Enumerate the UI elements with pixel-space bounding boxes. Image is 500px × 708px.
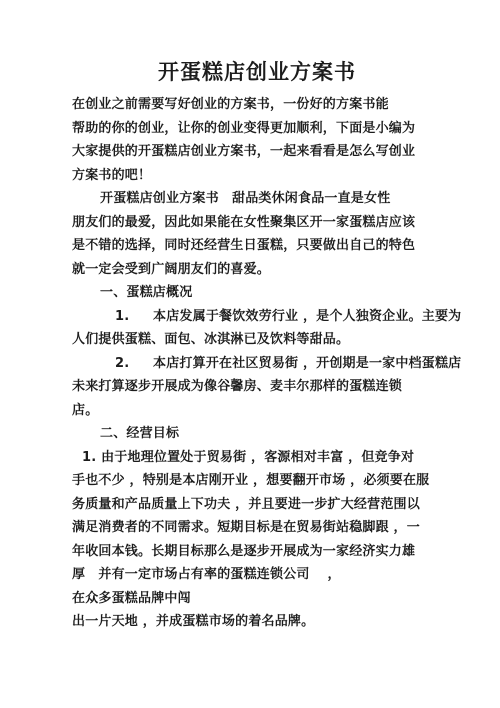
doc-line: 2. 本店打算开在社区贸易街 ，开创期是一家中档蛋糕店 xyxy=(72,352,418,376)
doc-line: 1. 由于地理位置处于贸易街 ，客源相对丰富 ，但竞争对 xyxy=(72,446,418,470)
doc-line: 是不错的选择，同时还经营生日蛋糕，只要做出自己的特色 xyxy=(72,234,418,258)
doc-line: 开蛋糕店创业方案书 甜品类休闲食品一直是女性 xyxy=(72,187,418,211)
doc-line: 满足消费者的不同需求。短期目标是在贸易街站稳脚跟 ，一 xyxy=(72,516,418,540)
doc-line: 出一片天地 ，并成蛋糕市场的着名品牌。 xyxy=(72,610,418,634)
doc-line: 大家提供的开蛋糕店创业方案书，一起来看看是怎么写创业 xyxy=(72,140,418,164)
doc-line: 帮助的你的创业，让你的创业变得更加顺利，下面是小编为 xyxy=(72,117,418,141)
document-title: 开蛋糕店创业方案书 xyxy=(84,58,430,86)
doc-line: 在众多蛋糕品牌中闯 xyxy=(72,587,418,611)
doc-line: 手也不少 ，特别是本店刚开业 ，想要翻开市场 ，必须要在服 xyxy=(72,469,418,493)
doc-line: 就一定会受到广阔朋友们的喜爱。 xyxy=(72,258,418,282)
doc-line: 方案书的吧！ xyxy=(72,164,418,188)
doc-line: 1. 本店发属于餐饮效劳行业 ，是个人独资企业。主要为 xyxy=(72,305,418,329)
doc-line: 人们提供蛋糕、面包、冰淇淋已及饮料等甜品。 xyxy=(72,328,418,352)
document-body: 在创业之前需要写好创业的方案书，一份好的方案书能 帮助的你的创业，让你的创业变得… xyxy=(72,93,418,634)
section-heading: 二、经营目标 xyxy=(72,422,418,446)
doc-line: 未来打算逐步开展成为像谷馨房、麦丰尔那样的蛋糕连锁 xyxy=(72,375,418,399)
doc-line: 厚 并有一定市场占有率的蛋糕连锁公司 ， xyxy=(72,563,418,587)
section-heading: 一、蛋糕店概况 xyxy=(72,281,418,305)
doc-line: 务质量和产品质量上下功夫 ，并且要进一步扩大经营范围以 xyxy=(72,493,418,517)
document-page: 开蛋糕店创业方案书 在创业之前需要写好创业的方案书，一份好的方案书能 帮助的你的… xyxy=(0,0,500,708)
doc-line: 朋友们的最爱，因此如果能在女性聚集区开一家蛋糕店应该 xyxy=(72,211,418,235)
doc-line: 年收回本钱。长期目标那么是逐步开展成为一家经济实力雄 xyxy=(72,540,418,564)
doc-line: 在创业之前需要写好创业的方案书，一份好的方案书能 xyxy=(72,93,418,117)
doc-line: 店。 xyxy=(72,399,418,423)
